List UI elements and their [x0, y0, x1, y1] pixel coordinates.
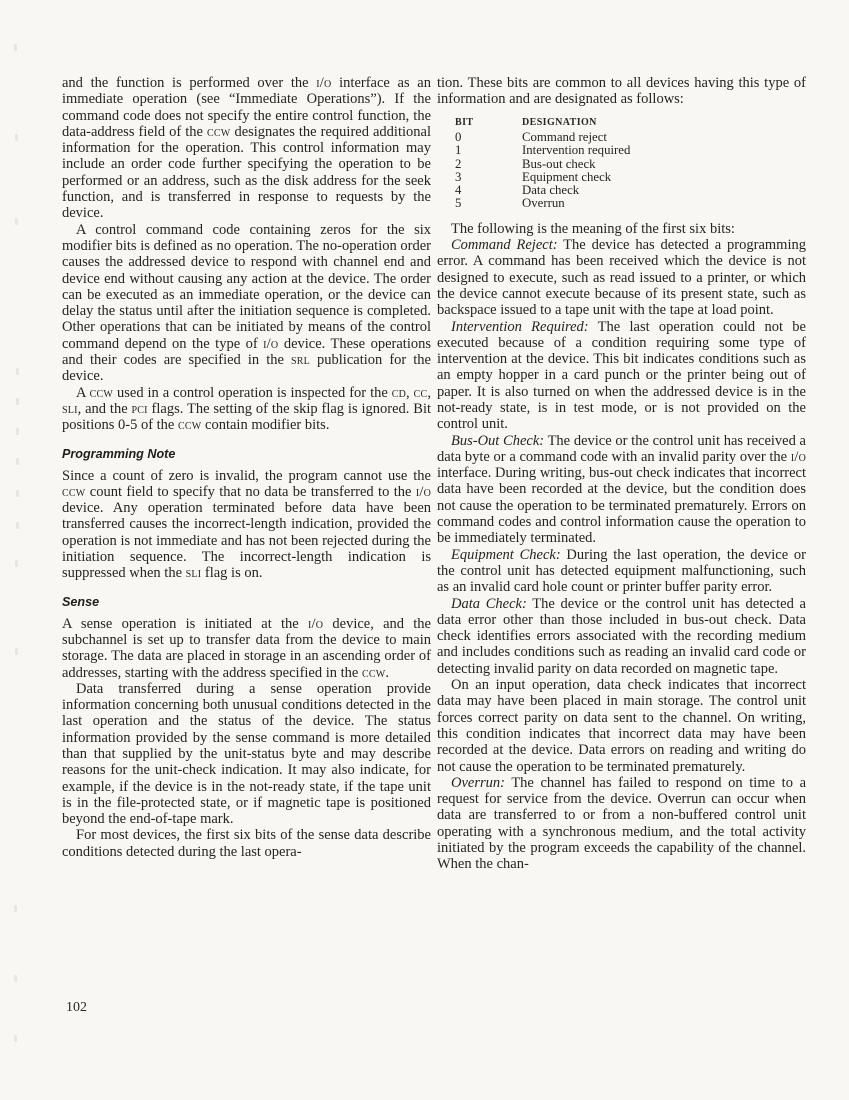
bit-number-cell: 2 — [448, 158, 522, 171]
table-row: 1Intervention required — [448, 144, 806, 157]
text-run: used in a control operation is inspected… — [113, 385, 392, 401]
right-column: tion. These bits are common to all devic… — [437, 75, 806, 873]
designation-cell: Intervention required — [522, 144, 806, 157]
text-run: . — [385, 665, 389, 681]
italic-lead-in: Equipment Check: — [451, 547, 561, 563]
text-run: The last operation could not be executed… — [437, 319, 806, 433]
scan-artifact — [16, 368, 19, 375]
bit-number-cell: 0 — [448, 131, 522, 144]
smallcaps-term: sli — [62, 401, 78, 417]
paragraph: tion. These bits are common to all devic… — [437, 75, 806, 108]
scan-artifact — [14, 975, 17, 982]
smallcaps-term: ccw — [62, 484, 85, 500]
document-page: and the function is performed over the i… — [0, 0, 849, 1100]
text-run: interface. During writing, bus-out check… — [437, 465, 806, 546]
scan-artifact — [14, 1035, 17, 1042]
smallcaps-term: i/o — [263, 336, 278, 352]
paragraph: For most devices, the first six bits of … — [62, 827, 431, 860]
page-number: 102 — [66, 1000, 87, 1016]
table-row: 5Overrun — [448, 197, 806, 210]
italic-lead-in: Command Reject: — [451, 237, 558, 253]
text-run: , — [427, 385, 431, 401]
paragraph: Data Check: The device or the control un… — [437, 596, 806, 677]
text-run: A — [76, 385, 90, 401]
text-run: On an input operation, data check indica… — [437, 677, 806, 774]
text-run: and the function is performed over the — [62, 75, 316, 91]
left-column: and the function is performed over the i… — [62, 75, 431, 860]
table-row: 2Bus-out check — [448, 158, 806, 171]
paragraph: Bus-Out Check: The device or the control… — [437, 433, 806, 547]
paragraph: Command Reject: The device has detected … — [437, 237, 806, 318]
italic-lead-in: Data Check: — [451, 596, 527, 612]
text-run: A sense operation is initiated at the — [62, 616, 308, 632]
designation-cell: Overrun — [522, 197, 806, 210]
scan-artifact — [15, 134, 18, 141]
paragraph: The following is the meaning of the firs… — [437, 221, 806, 237]
table-header-designation: DESIGNATION — [522, 117, 806, 130]
scan-artifact — [15, 648, 18, 655]
section-heading: Sense — [62, 595, 431, 610]
designation-cell: Bus-out check — [522, 158, 806, 171]
bit-number-cell: 3 — [448, 171, 522, 184]
bit-number-cell: 4 — [448, 184, 522, 197]
bit-number-cell: 5 — [448, 197, 522, 210]
paragraph: and the function is performed over the i… — [62, 75, 431, 222]
paragraph: Data transferred during a sense operatio… — [62, 681, 431, 828]
smallcaps-term: cd — [392, 385, 406, 401]
smallcaps-term: sli — [186, 565, 202, 581]
smallcaps-term: cc — [414, 385, 428, 401]
text-run: flag is on. — [201, 565, 262, 581]
paragraph: On an input operation, data check indica… — [437, 677, 806, 775]
table-row: 0Command reject — [448, 131, 806, 144]
italic-lead-in: Bus-Out Check: — [451, 433, 544, 449]
text-run: For most devices, the first six bits of … — [62, 827, 431, 859]
scan-artifact — [14, 44, 17, 51]
paragraph: Since a count of zero is invalid, the pr… — [62, 468, 431, 582]
smallcaps-term: ccw — [178, 417, 201, 433]
paragraph: A ccw used in a control operation is ins… — [62, 385, 431, 434]
scan-artifact — [15, 218, 18, 225]
designation-cell: Data check — [522, 184, 806, 197]
scan-artifact — [16, 522, 19, 529]
smallcaps-term: i/o — [308, 616, 323, 632]
smallcaps-term: ccw — [90, 385, 113, 401]
bit-number-cell: 1 — [448, 144, 522, 157]
text-run: A control command code containing zeros … — [62, 222, 431, 352]
smallcaps-term: ccw — [362, 665, 385, 681]
paragraph: Intervention Required: The last operatio… — [437, 319, 806, 433]
designation-cell: Equipment check — [522, 171, 806, 184]
smallcaps-term: ccw — [207, 124, 230, 140]
smallcaps-term: pci — [132, 401, 148, 417]
table-header-bit: BIT — [448, 117, 522, 130]
paragraph: A sense operation is initiated at the i/… — [62, 616, 431, 681]
section-heading: Programming Note — [62, 447, 431, 462]
text-run: count field to specify that no data be t… — [85, 484, 415, 500]
text-run: contain modifier bits. — [201, 417, 329, 433]
scan-artifact — [16, 428, 19, 435]
paragraph: A control command code containing zeros … — [62, 222, 431, 385]
scan-artifact — [16, 490, 19, 497]
italic-lead-in: Overrun: — [451, 775, 505, 791]
italic-lead-in: Intervention Required: — [451, 319, 589, 335]
designation-cell: Command reject — [522, 131, 806, 144]
smallcaps-term: srl — [291, 352, 310, 368]
scan-artifact — [15, 560, 18, 567]
text-run: Since a count of zero is invalid, the pr… — [62, 468, 431, 484]
table-header-row: BITDESIGNATION — [448, 117, 806, 130]
smallcaps-term: i/o — [416, 484, 431, 500]
text-run: , — [406, 385, 414, 401]
paragraph: Overrun: The channel has failed to respo… — [437, 775, 806, 873]
text-run: Data transferred during a sense operatio… — [62, 681, 431, 827]
table-row: 4Data check — [448, 184, 806, 197]
text-run: tion. These bits are common to all devic… — [437, 75, 806, 107]
smallcaps-term: i/o — [791, 449, 806, 465]
scan-artifact — [14, 905, 17, 912]
text-run: , and the — [78, 401, 132, 417]
sense-bit-table: BITDESIGNATION0Command reject1Interventi… — [448, 117, 806, 210]
text-run: The following is the meaning of the firs… — [451, 221, 735, 237]
scan-artifact — [16, 398, 19, 405]
scan-artifact — [16, 458, 19, 465]
smallcaps-term: i/o — [316, 75, 331, 91]
table-row: 3Equipment check — [448, 171, 806, 184]
paragraph: Equipment Check: During the last operati… — [437, 547, 806, 596]
